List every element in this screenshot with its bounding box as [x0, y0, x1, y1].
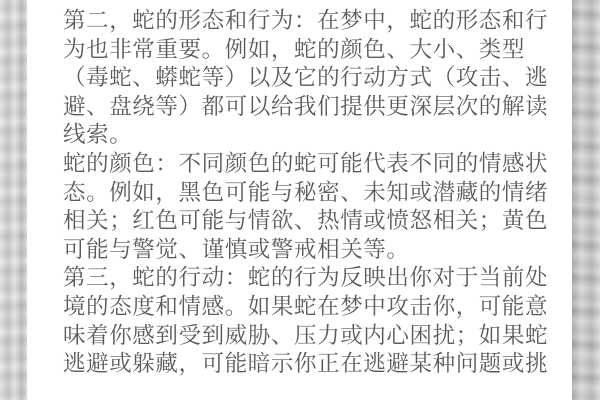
text-line: 相关；红色可能与情欲、热情或愤怒相关；黄色 — [63, 207, 543, 236]
marble-border-left — [0, 0, 27, 400]
marble-border-right — [572, 0, 600, 400]
text-line: 境的态度和情感。如果蛇在梦中攻击你，可能意 — [63, 293, 543, 322]
text-line: 味着你感到受到威胁、压力或内心困扰；如果蛇 — [63, 322, 543, 351]
text-line: （毒蛇、蟒蛇等）以及它的行动方式（攻击、逃 — [63, 64, 543, 93]
text-line: 可能与警觉、谨慎或警戒相关等。 — [63, 236, 543, 265]
text-line: 第三，蛇的行动：蛇的行为反映出你对于当前处 — [63, 264, 543, 293]
text-line: 为也非常重要。例如，蛇的颜色、大小、类型 — [63, 36, 543, 65]
text-panel: 第二，蛇的形态和行为：在梦中，蛇的形态和行 为也非常重要。例如，蛇的颜色、大小、… — [27, 0, 572, 400]
text-line: 逃避或躲藏，可能暗示你正在逃避某种问题或挑 — [63, 350, 543, 379]
text-line: 态。例如，黑色可能与秘密、未知或潜藏的情绪 — [63, 179, 543, 208]
article-body: 第二，蛇的形态和行为：在梦中，蛇的形态和行 为也非常重要。例如，蛇的颜色、大小、… — [63, 7, 543, 379]
text-line: 第二，蛇的形态和行为：在梦中，蛇的形态和行 — [63, 7, 543, 36]
text-line: 线索。 — [63, 121, 543, 150]
text-line: 避、盘绕等）都可以给我们提供更深层次的解读 — [63, 93, 543, 122]
text-line: 蛇的颜色：不同颜色的蛇可能代表不同的情感状 — [63, 150, 543, 179]
